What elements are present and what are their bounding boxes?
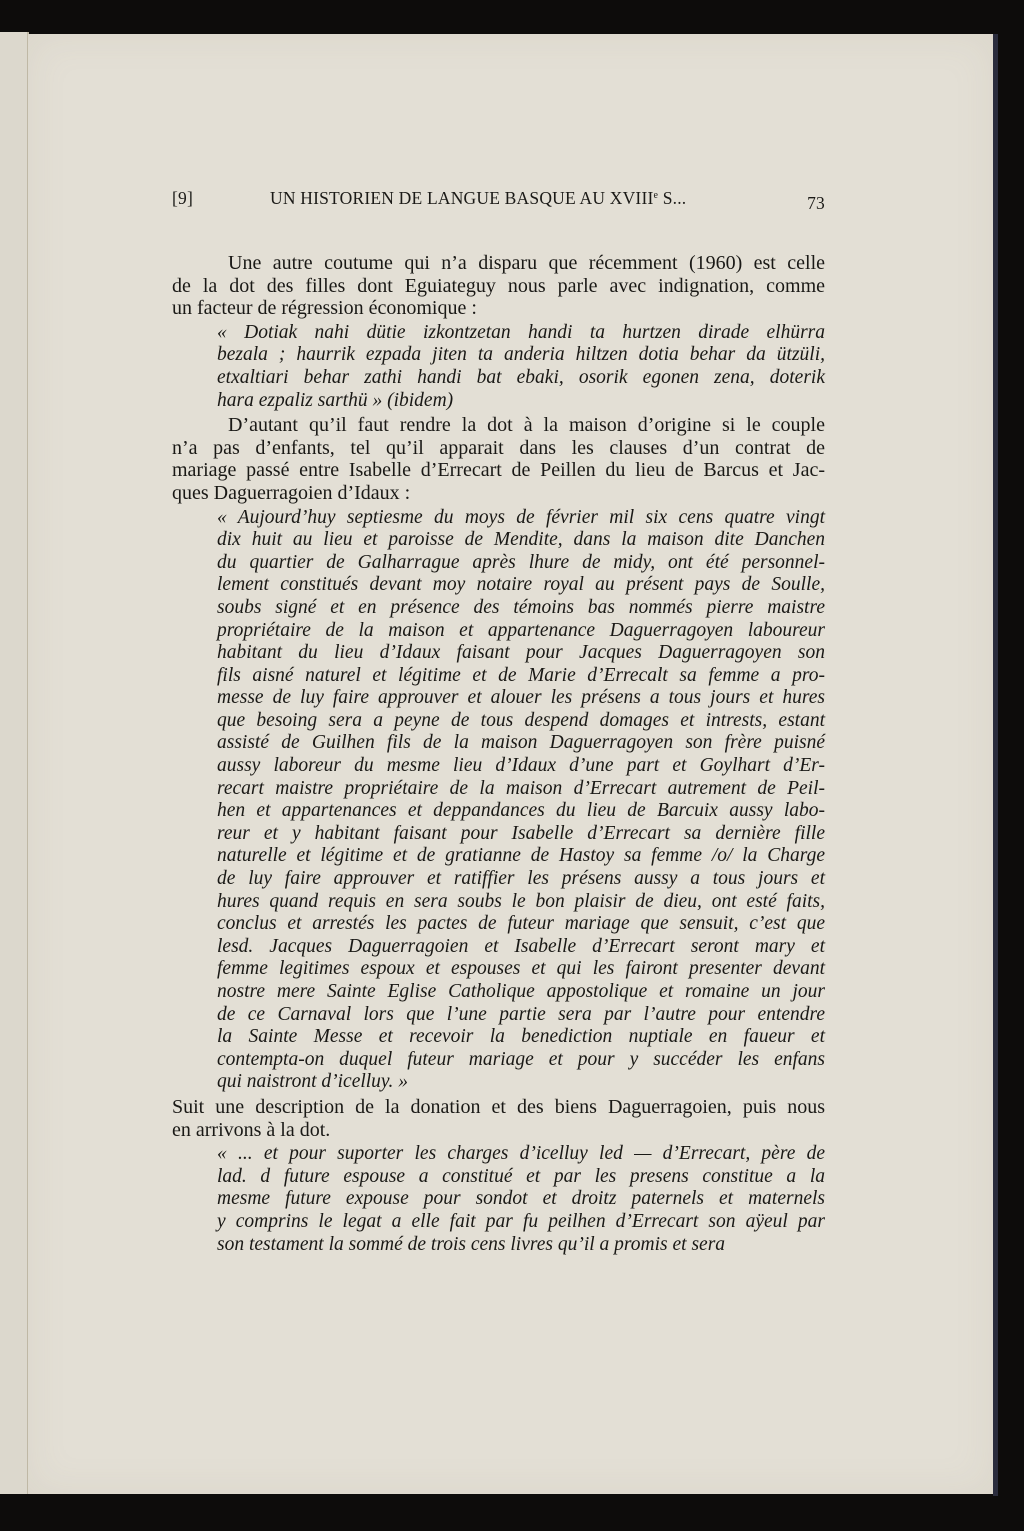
text-line: messe de luy faire approuver et alouer l… [217, 687, 825, 710]
text-line: en arrivons à la dot. [172, 1119, 825, 1142]
text-line: bezala ; haurrik ezpada jiten ta anderia… [217, 344, 825, 367]
text-line: aussy laboreur du mesme lieu d’Idaux d’u… [217, 755, 825, 778]
text-line: naturelle et légitime et de gratianne de… [217, 845, 825, 868]
text-line: ques Daguerragoien d’Idaux : [172, 482, 825, 505]
text-line: lad. d future espouse a constitué et par… [217, 1166, 825, 1189]
page-edge-shadow [993, 34, 998, 1496]
text-line: y comprins le legat a elle fait par fu p… [217, 1211, 825, 1234]
page-number: 73 [807, 193, 825, 214]
text-line: hures quand requis en sera soubs le bon … [217, 891, 825, 914]
text-line: de la dot des filles dont Eguiateguy nou… [172, 275, 825, 298]
text-line: fils aisné naturel et légitime et de Mar… [217, 665, 825, 688]
text-line: contempta-on duquel futeur mariage et po… [217, 1049, 825, 1072]
text-line: que besoing sera a peyne de tous despend… [217, 710, 825, 733]
text-line: nostre mere Sainte Eglise Catholique app… [217, 981, 825, 1004]
page-body: Une autre coutume qui n’a disparu que ré… [172, 252, 825, 1256]
text-line: la Sainte Messe et recevoir la benedicti… [217, 1026, 825, 1049]
block-quote: « Dotiak nahi dütie izkontzetan handi ta… [217, 322, 825, 412]
text-line: « Aujourd’huy septiesme du moys de févri… [217, 507, 825, 530]
text-line: de luy faire approuver et ratiffier les … [217, 868, 825, 891]
text-line: habitant du lieu d’Idaux faisant pour Ja… [217, 642, 825, 665]
text-line: du quartier de Galharrague après lhure d… [217, 552, 825, 575]
text-line: mariage passé entre Isabelle d’Errecart … [172, 459, 825, 482]
text-line: reur et y habitant faisant pour Isabelle… [217, 823, 825, 846]
text-line: qui naistront d’icelluy. » [217, 1071, 825, 1094]
section-number: [9] [172, 188, 193, 209]
running-title-text: UN HISTORIEN DE LANGUE BASQUE AU XVIII [270, 188, 654, 208]
block-quote: « Aujourd’huy septiesme du moys de févri… [217, 507, 825, 1094]
text-line: n’a pas d’enfants, tel qu’il apparait da… [172, 437, 825, 460]
text-line: propriétaire de la maison et appartenanc… [217, 620, 825, 643]
text-line: lesd. Jacques Daguerragoien et Isabelle … [217, 936, 825, 959]
text-line: hen et appartenances et deppandances du … [217, 800, 825, 823]
text-line: « Dotiak nahi dütie izkontzetan handi ta… [217, 322, 825, 345]
running-title: UN HISTORIEN DE LANGUE BASQUE AU XVIIIe … [270, 188, 686, 209]
text-line: recart maistre propriétaire de la maison… [217, 778, 825, 801]
facing-page-edge [0, 32, 29, 1494]
text-line: femme legitimes espoux et espouses et qu… [217, 958, 825, 981]
text-line: Une autre coutume qui n’a disparu que ré… [172, 252, 825, 275]
text-line: Suit une description de la donation et d… [172, 1096, 825, 1119]
text-line: etxaltiari behar zathi handi bat ebaki, … [217, 367, 825, 390]
text-line: conclus et arrestés les pactes de futeur… [217, 913, 825, 936]
text-line: dix huit au lieu et paroisse de Mendite,… [217, 529, 825, 552]
running-title-suffix: S... [658, 188, 686, 208]
text-line: de ce Carnaval lors que l’une partie ser… [217, 1004, 825, 1027]
body-paragraph: D’autant qu’il faut rendre la dot à la m… [172, 414, 825, 504]
text-line: un facteur de régression économique : [172, 297, 825, 320]
text-line: D’autant qu’il faut rendre la dot à la m… [172, 414, 825, 437]
text-line: mesme future expouse pour sondot et droi… [217, 1188, 825, 1211]
text-line: hara ezpaliz sarthü » (ibidem) [217, 390, 825, 413]
body-paragraph: Suit une description de la donation et d… [172, 1096, 825, 1141]
body-paragraph: Une autre coutume qui n’a disparu que ré… [172, 252, 825, 320]
text-line: assisté de Guilhen fils de la maison Dag… [217, 732, 825, 755]
text-line: « ... et pour suporter les charges d’ice… [217, 1143, 825, 1166]
text-line: lement constitués devant moy notaire roy… [217, 574, 825, 597]
text-line: soubs signé et en présence des témoins b… [217, 597, 825, 620]
text-line: son testament la sommé de trois cens liv… [217, 1234, 825, 1257]
block-quote: « ... et pour suporter les charges d’ice… [217, 1143, 825, 1256]
